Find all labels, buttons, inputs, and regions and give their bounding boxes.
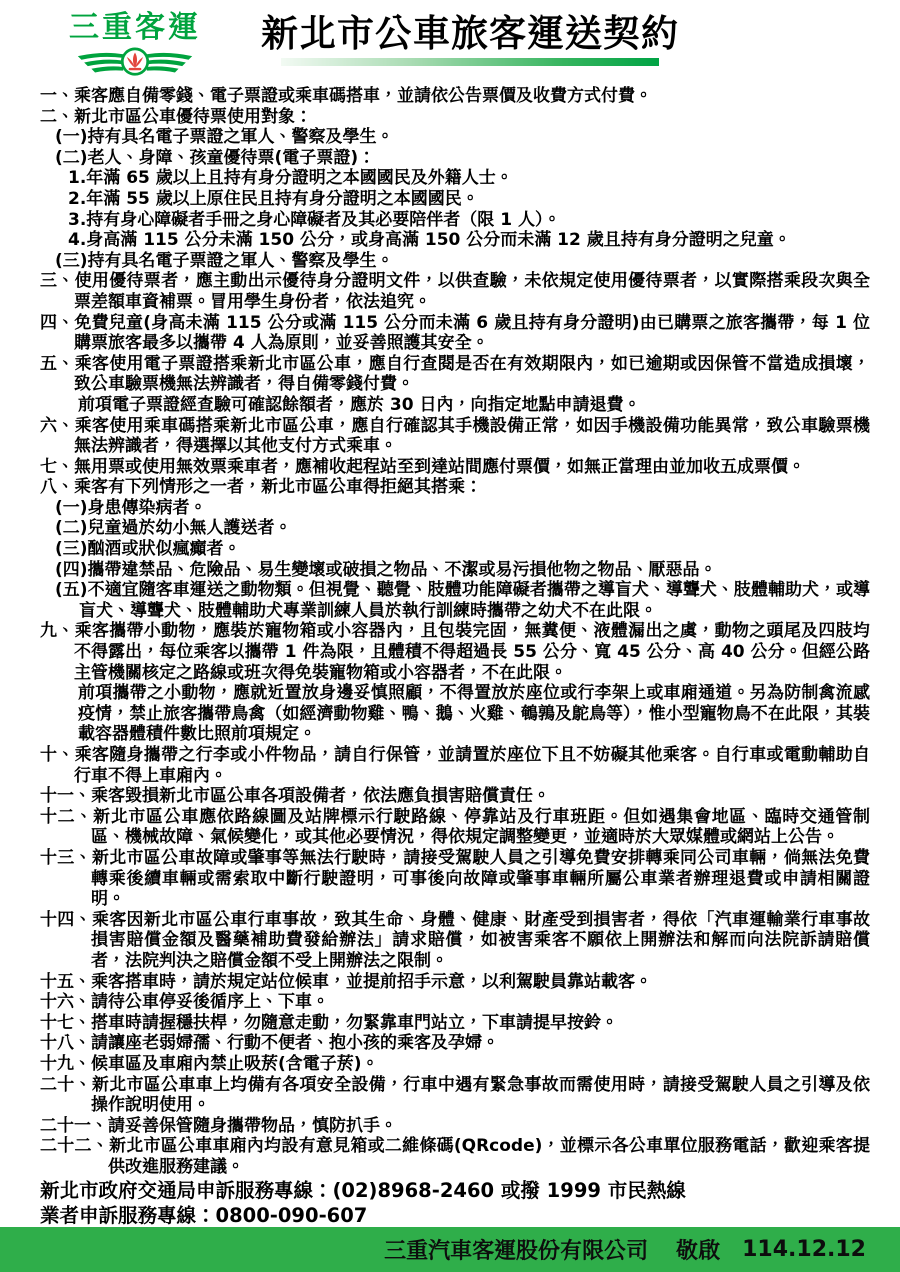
term-number: 十八、 xyxy=(40,1033,91,1053)
term-number: 十四、 xyxy=(40,910,92,930)
term-text: 新北市區公車優待票使用對象： xyxy=(74,107,312,127)
term-number: 二十一、 xyxy=(40,1116,108,1136)
operator-hotline: 業者申訴服務專線：0800-090-607 xyxy=(40,1203,870,1228)
term-number: 十、 xyxy=(40,745,75,765)
term-item: (五)不適宜隨客車運送之動物類。但視覺、聽覺、肢體功能障礙者攜帶之導盲犬、導聾犬… xyxy=(40,580,870,621)
term-item: 十八、請讓座老弱婦孺、行動不便者、抱小孩的乘客及孕婦。 xyxy=(40,1033,870,1054)
term-text: 乘客有下列情形之一者，新北市區公車得拒絕其搭乘： xyxy=(74,477,482,497)
term-text: 乘客隨身攜帶之行李或小件物品，請自行保管，並請置於座位下且不妨礙其他乘客。自行車… xyxy=(74,745,870,786)
term-item: (二)老人、身障、孩童優待票(電子票證)： xyxy=(40,148,870,169)
term-item: 四、免費兒童(身高未滿 115 公分或滿 115 公分而未滿 6 歲且持有身分證… xyxy=(40,313,870,354)
term-text: 年滿 65 歲以上且持有身分證明之本國國民及外籍人士。 xyxy=(86,168,513,188)
term-item: 前項電子票證經查驗可確認餘額者，應於 30 日內，向指定地點申請退費。 xyxy=(40,395,870,416)
term-number: (二) xyxy=(55,148,88,168)
term-item: 3.持有身心障礙者手冊之身心障礙者及其必要陪伴者（限 1 人）。 xyxy=(40,210,870,231)
footer-date: 114.12.12 xyxy=(742,1237,866,1262)
term-text: 請讓座老弱婦孺、行動不便者、抱小孩的乘客及孕婦。 xyxy=(91,1033,499,1053)
term-text: 老人、身障、孩童優待票(電子票證)： xyxy=(88,148,376,168)
term-number: 二十、 xyxy=(40,1075,92,1095)
term-text: 乘客搭車時，請於規定站位候車，並提前招手示意，以利駕駛員靠站載客。 xyxy=(91,972,652,992)
title-underline-bar xyxy=(281,58,659,66)
page-title: 新北市公車旅客運送契約 xyxy=(230,12,710,56)
term-text: 乘客使用乘車碼搭乘新北市區公車，應自行確認其手機設備正常，如因手機設備功能異常，… xyxy=(74,416,870,457)
term-text: 前項電子票證經查驗可確認餘額者，應於 30 日內，向指定地點申請退費。 xyxy=(78,395,641,415)
term-text: 持有身心障礙者手冊之身心障礙者及其必要陪伴者（限 1 人）。 xyxy=(86,210,560,230)
term-text: 乘客毀損新北市區公車各項設備者，依法應負損害賠償責任。 xyxy=(91,786,550,806)
term-number: 十七、 xyxy=(40,1013,91,1033)
term-number: 1. xyxy=(68,168,86,188)
gov-hotline: 新北市政府交通局申訴服務專線：(02)8968-2460 或撥 1999 市民熱… xyxy=(40,1178,870,1203)
footer-company: 三重汽車客運股份有限公司 xyxy=(384,1234,648,1265)
term-text: 搭車時請握穩扶桿，勿隨意走動，勿緊靠車門站立，下車請提早按鈴。 xyxy=(91,1013,618,1033)
term-text: 攜帶違禁品、危險品、易生變壞或破損之物品、不潔或易污損他物之物品、厭惡品。 xyxy=(88,560,717,580)
term-item: 十三、新北市區公車故障或肇事等無法行駛時，請接受駕駛人員之引導免費安排轉乘同公司… xyxy=(40,848,870,910)
term-number: 八、 xyxy=(40,477,74,497)
term-item: 1.年滿 65 歲以上且持有身分證明之本國國民及外籍人士。 xyxy=(40,168,870,189)
term-text: 請妥善保管隨身攜帶物品，慎防扒手。 xyxy=(108,1116,397,1136)
term-number: 四、 xyxy=(40,313,74,333)
term-item: 前項攜帶之小動物，應就近置放身邊妥慎照顧，不得置放於座位或行李架上或車廂通道。另… xyxy=(40,683,870,745)
term-item: 一、乘客應自備零錢、電子票證或乘車碼搭車，並請依公告票價及收費方式付費。 xyxy=(40,86,870,107)
term-text: 無用票或使用無效票乘車者，應補收起程站至到達站間應付票價，如無正當理由並加收五成… xyxy=(74,457,805,477)
contract-notice-page: 三重客運 xyxy=(0,0,900,1272)
term-text: 兒童過於幼小無人護送者。 xyxy=(88,518,292,538)
term-text: 身高滿 115 公分未滿 150 公分，或身高滿 150 公分而未滿 12 歲且… xyxy=(86,230,790,250)
term-text: 新北市區公車車上均備有各項安全設備，行車中遇有緊急事故而需使用時，請接受駕駛人員… xyxy=(91,1075,870,1116)
term-number: (三) xyxy=(55,539,88,559)
term-number: (四) xyxy=(55,560,88,580)
term-item: 十一、乘客毀損新北市區公車各項設備者，依法應負損害賠償責任。 xyxy=(40,786,870,807)
term-item: (二)兒童過於幼小無人護送者。 xyxy=(40,518,870,539)
term-item: 十六、請待公車停妥後循序上、下車。 xyxy=(40,992,870,1013)
term-text: 身患傳染病者。 xyxy=(88,498,207,518)
term-text: 乘客使用電子票證搭乘新北市區公車，應自行查閱是否在有效期限內，如已逾期或因保管不… xyxy=(74,354,870,395)
wings-emblem-icon xyxy=(40,45,230,79)
footer-closing: 敬啟 xyxy=(676,1234,720,1265)
term-text: 免費兒童(身高未滿 115 公分或滿 115 公分而未滿 6 歲且持有身分證明)… xyxy=(74,313,870,354)
term-item: 六、乘客使用乘車碼搭乘新北市區公車，應自行確認其手機設備正常，如因手機設備功能異… xyxy=(40,416,870,457)
term-number: (一) xyxy=(55,498,88,518)
term-text: 乘客攜帶小動物，應裝於寵物箱或小容器內，且包裝完固，無糞便、液體漏出之虞，動物之… xyxy=(74,621,870,682)
term-number: 十二、 xyxy=(40,807,93,827)
term-number: 二、 xyxy=(40,107,74,127)
term-number: (一) xyxy=(55,127,88,147)
term-item: 2.年滿 55 歲以上原住民且持有身分證明之本國國民。 xyxy=(40,189,870,210)
term-item: 二十二、新北市區公車車廂內均設有意見箱或二維條碼(QRcode)，並標示各公車單… xyxy=(40,1136,870,1177)
term-number: 七、 xyxy=(40,457,74,477)
term-text: 持有具名電子票證之軍人、警察及學生。 xyxy=(88,251,394,271)
term-text: 請待公車停妥後循序上、下車。 xyxy=(91,992,329,1012)
term-number: (二) xyxy=(55,518,88,538)
term-number: (五) xyxy=(55,580,88,600)
term-text: 前項攜帶之小動物，應就近置放身邊妥慎照顧，不得置放於座位或行李架上或車廂通道。另… xyxy=(78,683,870,744)
term-item: (三)酗酒或狀似瘋癲者。 xyxy=(40,539,870,560)
term-item: 十七、搭車時請握穩扶桿，勿隨意走動，勿緊靠車門站立，下車請提早按鈴。 xyxy=(40,1013,870,1034)
term-item: 八、乘客有下列情形之一者，新北市區公車得拒絕其搭乘： xyxy=(40,477,870,498)
company-logo: 三重客運 xyxy=(40,12,230,79)
term-text: 新北市區公車應依路線圖及站牌標示行駛路線、停靠站及行車班距。但如遇集會地區、臨時… xyxy=(91,807,870,848)
term-text: 候車區及車廂內禁止吸菸(含電子菸)。 xyxy=(91,1054,379,1074)
title-zone: 新北市公車旅客運送契約 xyxy=(230,12,860,66)
term-item: (一)身患傳染病者。 xyxy=(40,498,870,519)
term-number: 4. xyxy=(68,230,86,250)
term-item: 二、新北市區公車優待票使用對象： xyxy=(40,107,870,128)
term-text: 不適宜隨客車運送之動物類。但視覺、聽覺、肢體功能障礙者攜帶之導盲犬、導聾犬、肢體… xyxy=(79,580,870,621)
terms-list: 一、乘客應自備零錢、電子票證或乘車碼搭車，並請依公告票價及收費方式付費。 二、新… xyxy=(0,80,900,1177)
term-number: 十六、 xyxy=(40,992,91,1012)
term-text: 年滿 55 歲以上原住民且持有身分證明之本國國民。 xyxy=(86,189,479,209)
term-number: 3. xyxy=(68,210,86,230)
term-number: (三) xyxy=(55,251,88,271)
term-item: 十四、乘客因新北市區公車行車事故，致其生命、身體、健康、財產受到損害者，得依「汽… xyxy=(40,910,870,972)
term-item: (一)持有具名電子票證之軍人、警察及學生。 xyxy=(40,127,870,148)
term-item: 4.身高滿 115 公分未滿 150 公分，或身高滿 150 公分而未滿 12 … xyxy=(40,230,870,251)
term-number: 十一、 xyxy=(40,786,91,806)
term-number: 二十二、 xyxy=(40,1136,109,1156)
term-number: 六、 xyxy=(40,416,75,436)
term-item: 七、無用票或使用無效票乘車者，應補收起程站至到達站間應付票價，如無正當理由並加收… xyxy=(40,457,870,478)
term-text: 新北市區公車故障或肇事等無法行駛時，請接受駕駛人員之引導免費安排轉乘同公司車輛，… xyxy=(91,848,870,909)
logo-text: 三重客運 xyxy=(40,12,230,44)
term-item: 十五、乘客搭車時，請於規定站位候車，並提前招手示意，以利駕駛員靠站載客。 xyxy=(40,972,870,993)
term-item: 五、乘客使用電子票證搭乘新北市區公車，應自行查閱是否在有效期限內，如已逾期或因保… xyxy=(40,354,870,395)
term-item: 十二、新北市區公車應依路線圖及站牌標示行駛路線、停靠站及行車班距。但如遇集會地區… xyxy=(40,807,870,848)
term-text: 使用優待票者，應主動出示優待身分證明文件，以供查驗，未依規定使用優待票者，以實際… xyxy=(74,271,870,312)
hotlines: 新北市政府交通局申訴服務專線：(02)8968-2460 或撥 1999 市民熱… xyxy=(0,1177,900,1228)
term-number: 十三、 xyxy=(40,848,92,868)
term-number: 十九、 xyxy=(40,1054,91,1074)
term-item: (四)攜帶違禁品、危險品、易生變壞或破損之物品、不潔或易污損他物之物品、厭惡品。 xyxy=(40,560,870,581)
term-number: 2. xyxy=(68,189,86,209)
term-item: (三)持有具名電子票證之軍人、警察及學生。 xyxy=(40,251,870,272)
term-item: 十九、候車區及車廂內禁止吸菸(含電子菸)。 xyxy=(40,1054,870,1075)
footer-bar: 三重汽車客運股份有限公司 敬啟 114.12.12 xyxy=(0,1227,900,1272)
term-number: 十五、 xyxy=(40,972,91,992)
term-item: 三、使用優待票者，應主動出示優待身分證明文件，以供查驗，未依規定使用優待票者，以… xyxy=(40,271,870,312)
term-text: 酗酒或狀似瘋癲者。 xyxy=(88,539,241,559)
term-number: 五、 xyxy=(40,354,75,374)
term-number: 九、 xyxy=(40,621,75,641)
term-text: 乘客因新北市區公車行車事故，致其生命、身體、健康、財產受到損害者，得依「汽車運輸… xyxy=(91,910,870,971)
term-text: 乘客應自備零錢、電子票證或乘車碼搭車，並請依公告票價及收費方式付費。 xyxy=(74,86,652,106)
term-text: 持有具名電子票證之軍人、警察及學生。 xyxy=(88,127,394,147)
term-item: 九、乘客攜帶小動物，應裝於寵物箱或小容器內，且包裝完固，無糞便、液體漏出之虞，動… xyxy=(40,621,870,683)
header: 三重客運 xyxy=(0,0,900,80)
term-number: 一、 xyxy=(40,86,74,106)
term-number: 三、 xyxy=(40,271,75,291)
term-text: 新北市區公車車廂內均設有意見箱或二維條碼(QRcode)，並標示各公車單位服務電… xyxy=(108,1136,870,1177)
term-item: 二十、新北市區公車車上均備有各項安全設備，行車中遇有緊急事故而需使用時，請接受駕… xyxy=(40,1075,870,1116)
term-item: 二十一、請妥善保管隨身攜帶物品，慎防扒手。 xyxy=(40,1116,870,1137)
term-item: 十、乘客隨身攜帶之行李或小件物品，請自行保管，並請置於座位下且不妨礙其他乘客。自… xyxy=(40,745,870,786)
